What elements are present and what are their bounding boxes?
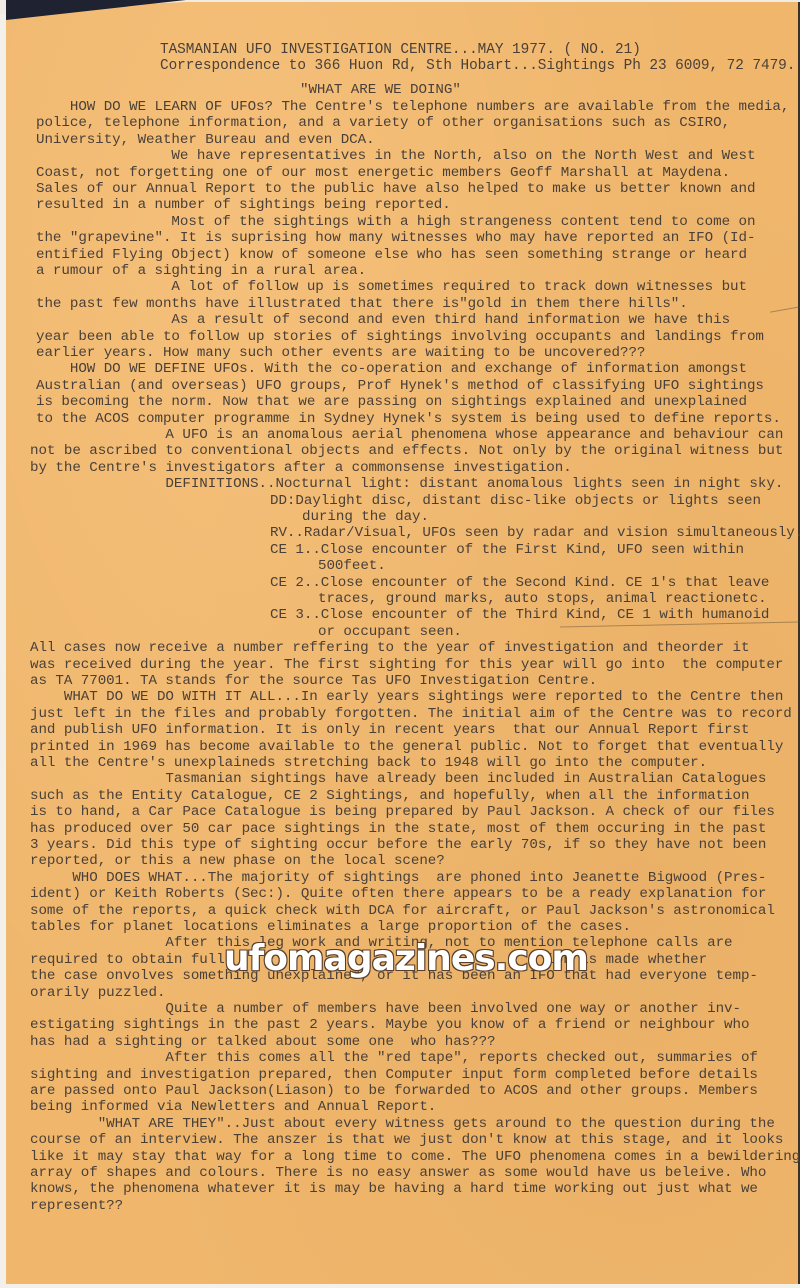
text-line: Most of the sightings with a high strang…	[36, 214, 755, 230]
text-line: like it may stay that way for a long tim…	[30, 1149, 800, 1165]
definition-item: RV..Radar/Visual, UFOs seen by radar and…	[270, 525, 800, 541]
text-line: is becoming the norm. Now that we are pa…	[36, 394, 747, 410]
text-line: earlier years. How many such other event…	[36, 345, 645, 361]
text-line: as TA 77001. TA stands for the source Ta…	[30, 673, 597, 689]
text-line: WHO DOES WHAT...The majority of sighting…	[30, 870, 766, 886]
text-line: such as the Entity Catalogue, CE 2 Sight…	[30, 788, 749, 804]
text-line: to the ACOS computer programme in Sydney…	[36, 411, 781, 427]
text-line: After this comes all the "red tape", rep…	[30, 1050, 758, 1066]
text-line: has had a sighting or talked about some …	[30, 1034, 496, 1050]
document-title: "WHAT ARE WE DOING"	[300, 82, 461, 98]
text-line: resulted in a number of sightings being …	[36, 197, 451, 213]
text-line: All cases now receive a number reffering…	[30, 640, 749, 656]
text-line: 3 years. Did this type of sighting occur…	[30, 837, 766, 853]
text-line: the past few months have illustrated tha…	[36, 296, 688, 312]
text-line: A UFO is an anomalous aerial phenomena w…	[30, 427, 783, 443]
text-line: course of an interview. The anszer is th…	[30, 1132, 783, 1148]
text-line: being informed via Newletters and Annual…	[30, 1099, 436, 1115]
text-line: a rumour of a sighting in a rural area.	[36, 263, 366, 279]
text-line: ident) or Keith Roberts (Sec:). Quite of…	[30, 886, 766, 902]
text-line: University, Weather Bureau and even DCA.	[36, 132, 375, 148]
text-line: year been able to follow up stories of s…	[36, 329, 764, 345]
text-line: estigating sightings in the past 2 years…	[30, 1017, 749, 1033]
definition-continuation: during the day.	[302, 509, 429, 525]
text-line: and publish UFO information. It is only …	[30, 722, 749, 738]
text-line: We have representatives in the North, al…	[36, 148, 755, 164]
watermark-logo: ufomagazines.com	[224, 938, 588, 979]
text-line: DEFINITIONS..Nocturnal light: distant an…	[30, 476, 783, 492]
text-line: reported, or this a new phase on the loc…	[30, 853, 445, 869]
text-line: entified Flying Object) know of someone …	[36, 247, 747, 263]
newsletter-header-address: Correspondence to 366 Huon Rd, Sth Hobar…	[160, 58, 795, 74]
text-line: printed in 1969 has become available to …	[30, 739, 783, 755]
text-line: represent??	[30, 1198, 123, 1214]
text-line: all the Centre's unexplaineds stretching…	[30, 755, 707, 771]
text-line: was received during the year. The first …	[30, 657, 783, 673]
definition-item: DD:Daylight disc, distant disc-like obje…	[270, 493, 761, 509]
definition-item: CE 1..Close encounter of the First Kind,…	[270, 542, 744, 558]
text-line: array of shapes and colours. There is no…	[30, 1165, 766, 1181]
text-line: Sales of our Annual Report to the public…	[36, 181, 755, 197]
text-line: orarily puzzled.	[30, 985, 165, 1001]
text-line: As a result of second and even third han…	[36, 312, 730, 328]
definition-item: CE 2..Close encounter of the Second Kind…	[270, 575, 769, 591]
text-line: HOW DO WE DEFINE UFOs. With the co-opera…	[36, 361, 747, 377]
text-line: has produced over 50 car pace sightings …	[30, 821, 766, 837]
newsletter-header-title: TASMANIAN UFO INVESTIGATION CENTRE...MAY…	[160, 42, 641, 58]
text-line: are passed onto Paul Jackson(Liason) to …	[30, 1083, 758, 1099]
text-line: by the Centre's investigators after a co…	[30, 460, 572, 476]
text-line: just left in the files and probably forg…	[30, 706, 792, 722]
text-line: knows, the phenomena whatever it is may …	[30, 1181, 758, 1197]
text-line: is to hand, a Car Pace Catalogue is bein…	[30, 804, 775, 820]
text-line: Australian (and overseas) UFO groups, Pr…	[36, 378, 764, 394]
text-line: HOW DO WE LEARN OF UFOs? The Centre's te…	[36, 99, 789, 115]
definition-continuation: or occupant seen.	[318, 624, 462, 640]
text-line: Quite a number of members have been invo…	[30, 1001, 741, 1017]
text-line: "WHAT ARE THEY"..Just about every witnes…	[30, 1116, 775, 1132]
text-line: Coast, not forgetting one of our most en…	[36, 165, 730, 181]
text-line: sighting and investigation prepared, the…	[30, 1067, 758, 1083]
definition-item: CE 3..Close encounter of the Third Kind,…	[270, 607, 769, 623]
text-line: not be ascribed to conventional objects …	[30, 443, 783, 459]
text-line: A lot of follow up is sometimes required…	[36, 279, 747, 295]
text-line: the "grapevine". It is suprising how man…	[36, 230, 755, 246]
definition-continuation: traces, ground marks, auto stops, animal…	[318, 591, 767, 607]
text-line: some of the reports, a quick check with …	[30, 903, 775, 919]
text-line: police, telephone information, and a var…	[36, 115, 730, 131]
text-line: Tasmanian sightings have already been in…	[30, 771, 766, 787]
text-line: WHAT DO WE DO WITH IT ALL...In early yea…	[30, 689, 783, 705]
definition-continuation: 500feet.	[318, 558, 386, 574]
text-line: tables for planet locations eliminates a…	[30, 919, 631, 935]
